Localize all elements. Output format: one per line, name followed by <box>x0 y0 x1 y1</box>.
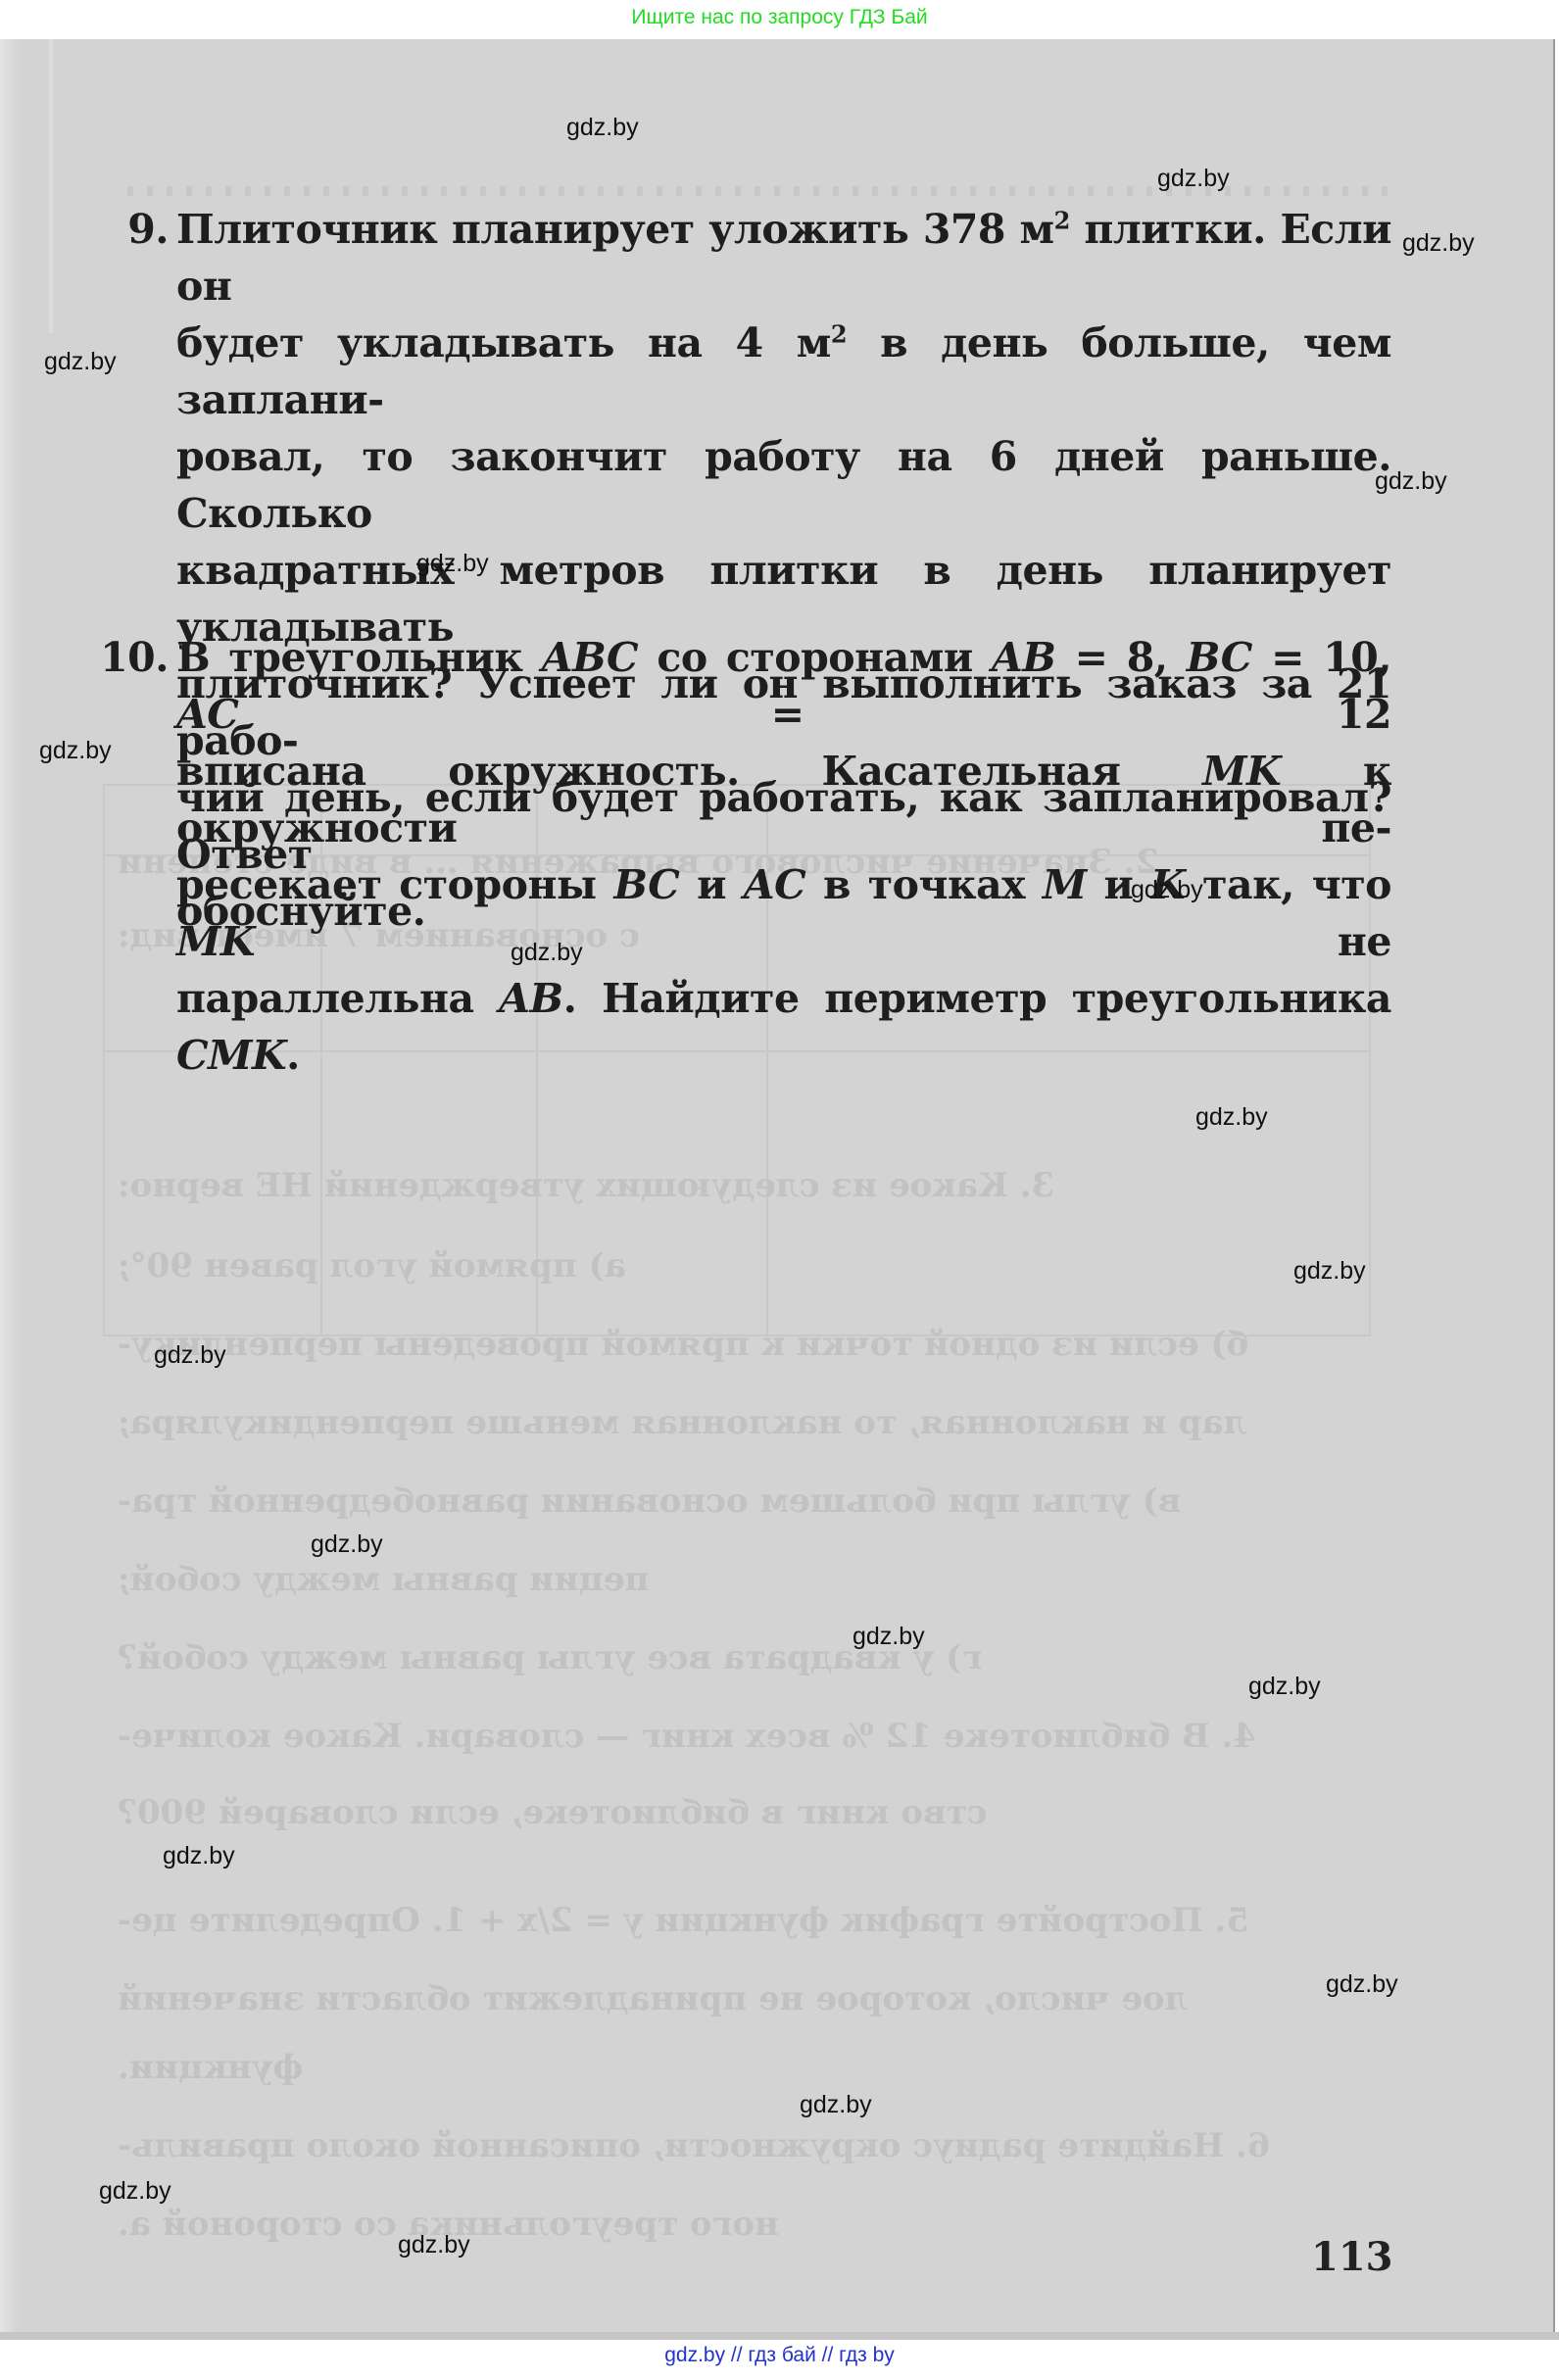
watermark-text: gdz.by <box>853 1623 925 1651</box>
problem-line: ресекает стороны BC и AC в точках M и K … <box>176 856 1391 970</box>
textbook-page: 2. Значение числового выражения ... в ви… <box>0 39 1555 2332</box>
watermark-text: gdz.by <box>1375 467 1447 496</box>
bleed-line: а) прямой угол равен 90°; <box>118 1246 626 1286</box>
page-edge-shadow <box>0 39 20 2332</box>
page-bottom-edge <box>0 2332 1559 2340</box>
bleed-line: 4. В библиотеке 12 % всех книг — словари… <box>118 1717 1256 1756</box>
watermark-text: gdz.by <box>39 737 112 765</box>
problem-line: В треугольник ABC со сторонами AB = 8, B… <box>176 629 1391 743</box>
problem-line: параллельна AB. Найдите периметр треугол… <box>176 970 1391 1084</box>
watermark-text: gdz.by <box>154 1341 226 1370</box>
search-hint-banner: Ищите нас по запросу ГДЗ Бай <box>0 0 1559 39</box>
watermark-text: gdz.by <box>99 2177 171 2206</box>
problem-line: будет укладывать на 4 м2 в день больше, … <box>176 315 1391 428</box>
watermark-text: gdz.by <box>44 348 117 376</box>
page-fold-line <box>49 39 53 333</box>
bleed-line: в) углы при большем основании равнобедре… <box>118 1481 1181 1521</box>
watermark-text: gdz.by <box>398 2231 470 2259</box>
problem-line: вписана окружность. Касательная MK к окр… <box>176 743 1391 856</box>
problem-text: В треугольник ABC со сторонами AB = 8, B… <box>176 629 1391 1084</box>
page-number: 113 <box>1311 2234 1393 2280</box>
watermark-text: gdz.by <box>1195 1103 1268 1132</box>
watermark-text: gdz.by <box>1131 876 1203 904</box>
bleed-line: ство книг в библиотеке, если словарей 90… <box>118 1793 987 1832</box>
watermark-text: gdz.by <box>1293 1257 1366 1286</box>
bleed-line: 6. Найдите радиус окружности, описанной … <box>118 2126 1271 2165</box>
problem-number: 10. <box>98 629 169 686</box>
problem-line: ровал, то закончит работу на 6 дней рань… <box>176 428 1391 542</box>
bleed-line: лое число, которое не принадлежит област… <box>118 1979 1189 2018</box>
bleed-line: функции. <box>118 2048 303 2087</box>
watermark-text: gdz.by <box>311 1530 383 1559</box>
watermark-text: gdz.by <box>1248 1673 1321 1701</box>
footer-links[interactable]: gdz.by // гдз бай // гдз by <box>0 2344 1559 2367</box>
bleed-line: б) если из одной точки к прямой проведен… <box>118 1325 1248 1364</box>
watermark-text: gdz.by <box>566 114 639 142</box>
watermark-text: gdz.by <box>416 550 489 578</box>
bleed-line: пеции равны между собой; <box>118 1560 649 1599</box>
watermark-text: gdz.by <box>1402 229 1475 258</box>
watermark-text: gdz.by <box>1157 165 1230 193</box>
watermark-text: gdz.by <box>511 939 583 967</box>
bleed-line: 5. Постройте график функции y = 2/x + 1.… <box>118 1901 1249 1940</box>
bleed-line: 3. Какое из следующих утверждений НЕ вер… <box>118 1166 1054 1205</box>
problem-number: 9. <box>98 201 169 258</box>
watermark-text: gdz.by <box>800 2091 872 2119</box>
watermark-text: gdz.by <box>1326 1970 1398 1999</box>
bleed-line: лар и наклонная, то наклонная меньше пер… <box>118 1403 1246 1442</box>
watermark-text: gdz.by <box>163 1842 235 1870</box>
problem-line: Плиточник планирует уложить 378 м2 плитк… <box>176 201 1391 315</box>
problem-10: 10. В треугольник ABC со сторонами AB = … <box>98 629 1391 1084</box>
